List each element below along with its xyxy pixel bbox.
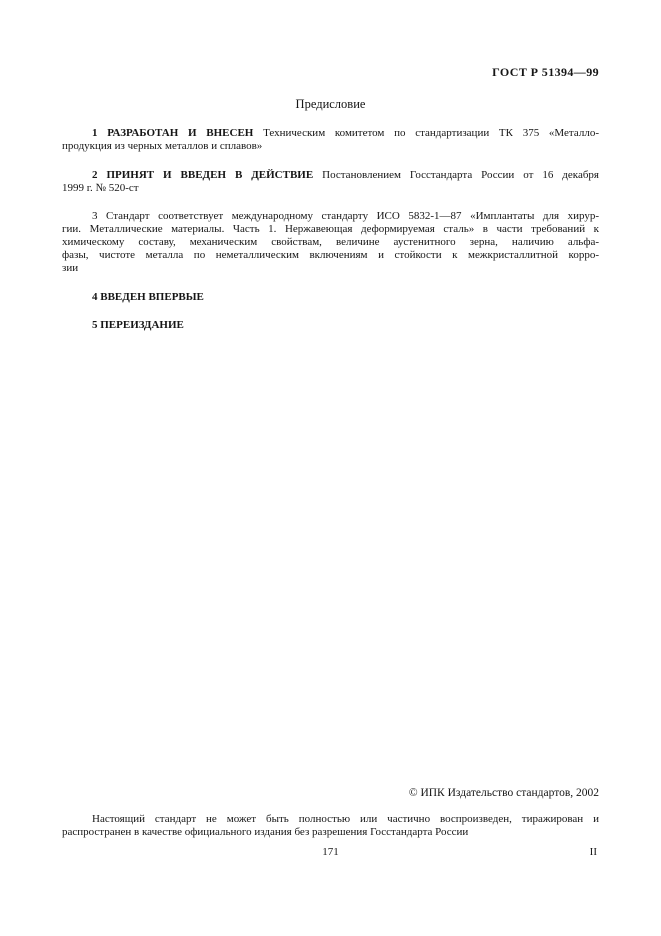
section-title: Предисловие	[0, 98, 661, 111]
text-line: распространен в качестве официального из…	[62, 826, 599, 839]
foreword-item-1-lead: 1 РАЗРАБОТАН И ВНЕСЕН	[92, 127, 253, 139]
text-line: фазы, чистоте металла по неметаллическим…	[62, 249, 599, 262]
foreword-item-2: 2 ПРИНЯТ И ВВЕДЕН В ДЕЙСТВИЕ Постановлен…	[62, 169, 599, 195]
restriction-notice: Настоящий стандарт не может быть полност…	[62, 813, 599, 839]
text-line: гии. Металлические материалы. Часть 1. Н…	[62, 223, 599, 236]
text-line: химическому составу, механическим свойст…	[62, 236, 599, 249]
text-line: продукция из черных металлов и сплавов»	[62, 140, 599, 153]
foreword-item-5: 5 ПЕРЕИЗДАНИЕ	[62, 319, 599, 332]
text-line: зии	[62, 262, 599, 275]
text-line: Настоящий стандарт не может быть полност…	[62, 813, 599, 826]
text-line: 1999 г. № 520-ст	[62, 182, 599, 195]
text-line: 4 ВВЕДЕН ВПЕРВЫЕ	[62, 291, 599, 304]
text-line: 3 Стандарт соответствует международному …	[62, 210, 599, 223]
sheet-number: II	[590, 846, 597, 859]
foreword-item-3: 3 Стандарт соответствует международному …	[62, 210, 599, 275]
text-line: 1 РАЗРАБОТАН И ВНЕСЕН Техническим комите…	[62, 127, 599, 140]
foreword-item-2-lead: 2 ПРИНЯТ И ВВЕДЕН В ДЕЙСТВИЕ	[92, 169, 313, 181]
foreword-body: 1 РАЗРАБОТАН И ВНЕСЕН Техническим комите…	[62, 127, 599, 347]
document-page: ГОСТ Р 51394—99 Предисловие 1 РАЗРАБОТАН…	[0, 0, 661, 936]
foreword-item-1-text: Техническим комитетом по стандартизации …	[263, 127, 599, 139]
text-line: 5 ПЕРЕИЗДАНИЕ	[62, 319, 599, 332]
foreword-item-2-text: Постановлением Госстандарта России от 16…	[322, 169, 599, 181]
text-line: 2 ПРИНЯТ И ВВЕДЕН В ДЕЙСТВИЕ Постановлен…	[62, 169, 599, 182]
foreword-item-4: 4 ВВЕДЕН ВПЕРВЫЕ	[62, 291, 599, 304]
copyright-notice: © ИПК Издательство стандартов, 2002	[409, 787, 599, 800]
standard-code: ГОСТ Р 51394—99	[492, 66, 599, 79]
page-number: 171	[0, 846, 661, 859]
foreword-item-1: 1 РАЗРАБОТАН И ВНЕСЕН Техническим комите…	[62, 127, 599, 153]
